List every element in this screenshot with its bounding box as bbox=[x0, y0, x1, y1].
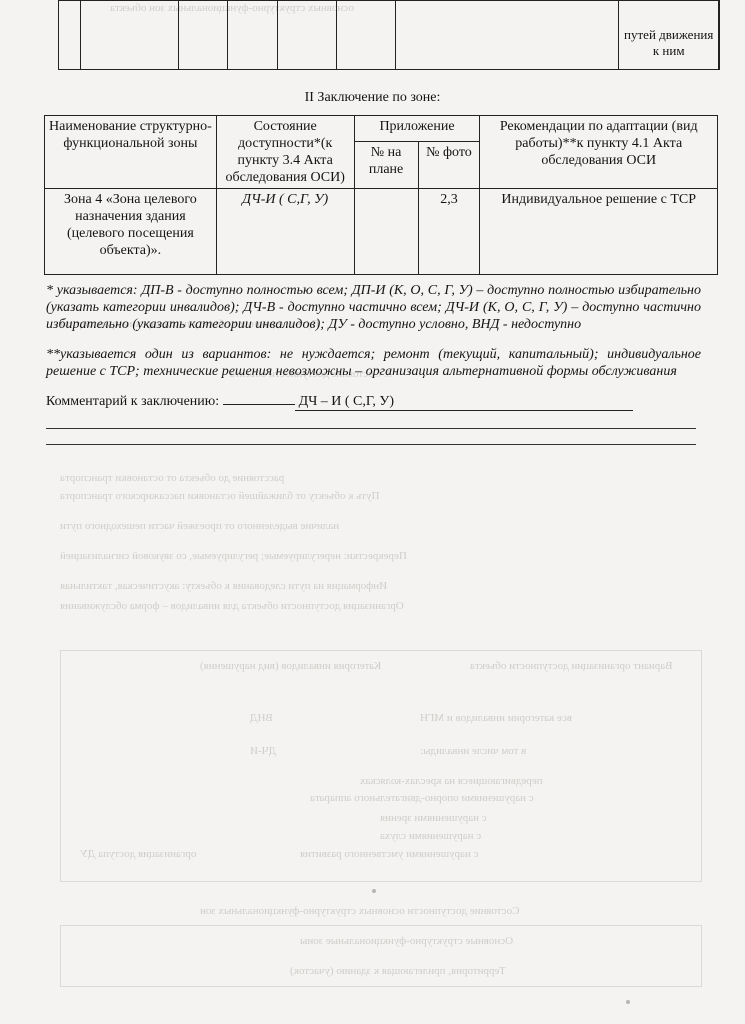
path-description-text: путей движения к ним bbox=[619, 1, 718, 59]
bleed-text: Основные структурно-функциональные зоны bbox=[300, 935, 513, 947]
bleed-text: с нарушениями зрения bbox=[380, 812, 487, 824]
bleed-text: Информация на пути следования к объекту:… bbox=[60, 580, 387, 592]
table-cell bbox=[59, 1, 81, 70]
table-cell bbox=[81, 1, 179, 70]
bleed-text: Территория, прилегающая к зданию (участо… bbox=[290, 965, 506, 977]
table-cell bbox=[395, 1, 619, 70]
table-cell bbox=[719, 1, 720, 70]
header-zone-name: Наименование структурно-функциональной з… bbox=[45, 116, 217, 189]
cell-recommendations: Индивидуальное решение с ТСР bbox=[480, 189, 718, 275]
section-title: II Заключение по зоне: bbox=[0, 90, 745, 106]
comment-underline bbox=[223, 404, 295, 405]
footnote-accessibility-codes: * указывается: ДП-В - доступно полностью… bbox=[46, 282, 701, 333]
bleed-text: Категория инвалидов (вид нарушения) bbox=[200, 660, 381, 672]
comment-label: Комментарий к заключению: bbox=[46, 394, 219, 409]
conclusion-comment: Комментарий к заключению: ДЧ – И ( С,Г, … bbox=[46, 394, 706, 411]
comment-blank-line bbox=[46, 444, 696, 445]
bleed-text: Вариант организации доступности объекта bbox=[470, 660, 672, 672]
table-cell bbox=[277, 1, 336, 70]
table-cell: путей движения к ним bbox=[619, 1, 719, 70]
table-cell bbox=[336, 1, 395, 70]
bleed-text: в том числе инвалиды: bbox=[420, 745, 526, 757]
bleed-text: передвигающиеся на креслах-колясках bbox=[360, 775, 543, 787]
bleed-text: ВНД bbox=[250, 712, 273, 724]
cell-photo-number: 2,3 bbox=[418, 189, 480, 275]
header-accessibility-state: Состояние доступности*(к пункту 3.4 Акта… bbox=[216, 116, 354, 189]
bleed-text: все категории инвалидов и МГН bbox=[420, 712, 572, 724]
bleed-text: Состояние доступности основных структурн… bbox=[200, 905, 519, 917]
bleed-text: наличие выделенного от проезжей части пе… bbox=[60, 520, 339, 532]
header-recommendations: Рекомендации по адаптации (вид работы)**… bbox=[480, 116, 718, 189]
previous-table-fragment: путей движения к ним bbox=[58, 0, 720, 70]
bleed-text: Путь к объекту от ближайшей остановки па… bbox=[60, 490, 379, 502]
table-cell bbox=[179, 1, 228, 70]
table-row: Зона 4 «Зона целевого назначения здания … bbox=[45, 189, 718, 275]
scan-speck bbox=[626, 1000, 630, 1004]
bleed-text: Организация доступности объекта для инва… bbox=[60, 600, 404, 612]
bleed-text: с нарушениями слуха bbox=[380, 830, 481, 842]
scanned-document-page: основных структурно-функциональных зон о… bbox=[0, 0, 745, 1024]
bleed-text: Перекрестки: нерегулируемые; регулируемы… bbox=[60, 550, 407, 562]
zone-conclusion-table: Наименование структурно-функциональной з… bbox=[44, 115, 718, 275]
table-cell bbox=[228, 1, 277, 70]
bleed-text: ДЧ-И bbox=[250, 745, 276, 757]
scan-speck bbox=[372, 889, 376, 893]
bleed-text: с нарушениями опорно-двигательного аппар… bbox=[310, 792, 534, 804]
cell-plan-number bbox=[354, 189, 418, 275]
header-photo-number: № фото bbox=[418, 142, 480, 189]
footnote-recommendation-options: **указывается один из вариантов: не нужд… bbox=[46, 346, 701, 380]
header-appendix: Приложение bbox=[354, 116, 480, 142]
comment-value: ДЧ – И ( С,Г, У) bbox=[295, 394, 633, 411]
cell-zone-name: Зона 4 «Зона целевого назначения здания … bbox=[45, 189, 217, 275]
cell-accessibility-state: ДЧ-И ( С,Г, У) bbox=[216, 189, 354, 275]
comment-blank-line bbox=[46, 428, 696, 429]
bleed-text: расстояние до объекта от остановки транс… bbox=[60, 472, 284, 484]
header-plan-number: № на плане bbox=[354, 142, 418, 189]
bleed-text: с нарушениями умственного развития bbox=[300, 848, 478, 860]
bleed-text: организация доступа ДУ bbox=[80, 848, 196, 860]
